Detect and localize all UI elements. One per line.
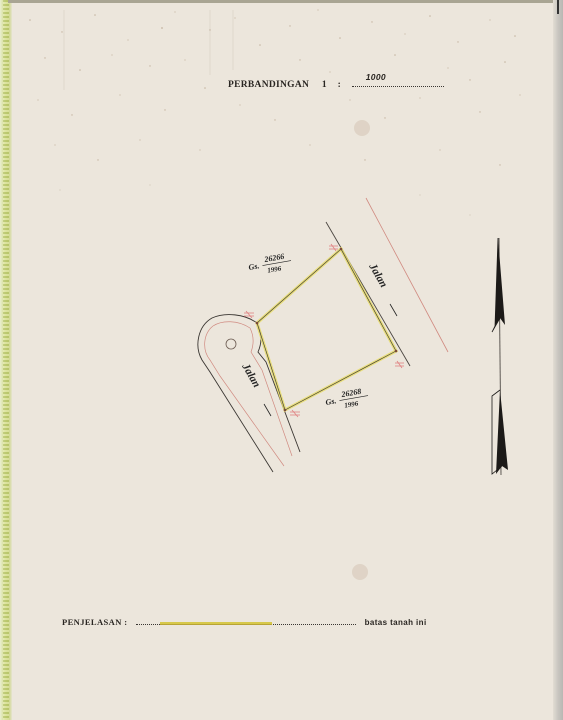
svg-text:Gs.: Gs.	[325, 396, 337, 407]
corner-marker-icon	[395, 361, 404, 368]
corner-marker-icon	[329, 244, 338, 251]
neighbor-label-north: Gs. 26266 1996	[247, 251, 293, 278]
survey-sheet: PERBANDINGAN 1 : 1000	[0, 0, 563, 720]
parcel-map: Jalan Jalan Gs. 26266 1996 Gs. 26268 199…	[0, 0, 563, 720]
east-road-label: Jalan	[366, 261, 390, 290]
north-arrow-icon	[492, 238, 508, 475]
legend-title: PENJELASAN	[62, 617, 122, 627]
legend-description: batas tanah ini	[365, 618, 427, 627]
svg-text:1996: 1996	[267, 264, 283, 274]
neighbor-label-south: Gs. 26268 1996	[324, 386, 370, 413]
boundary-swatch-icon	[160, 622, 272, 625]
svg-text:1996: 1996	[344, 399, 360, 409]
legend: PENJELASAN : batas tanah ini	[62, 617, 427, 627]
svg-text:Gs.: Gs.	[248, 261, 260, 272]
roundabout-center-icon	[226, 339, 236, 349]
corner-marker-icon	[290, 410, 300, 417]
legend-field	[136, 617, 356, 625]
legend-separator: :	[124, 617, 127, 627]
culdesac-road	[198, 315, 300, 472]
